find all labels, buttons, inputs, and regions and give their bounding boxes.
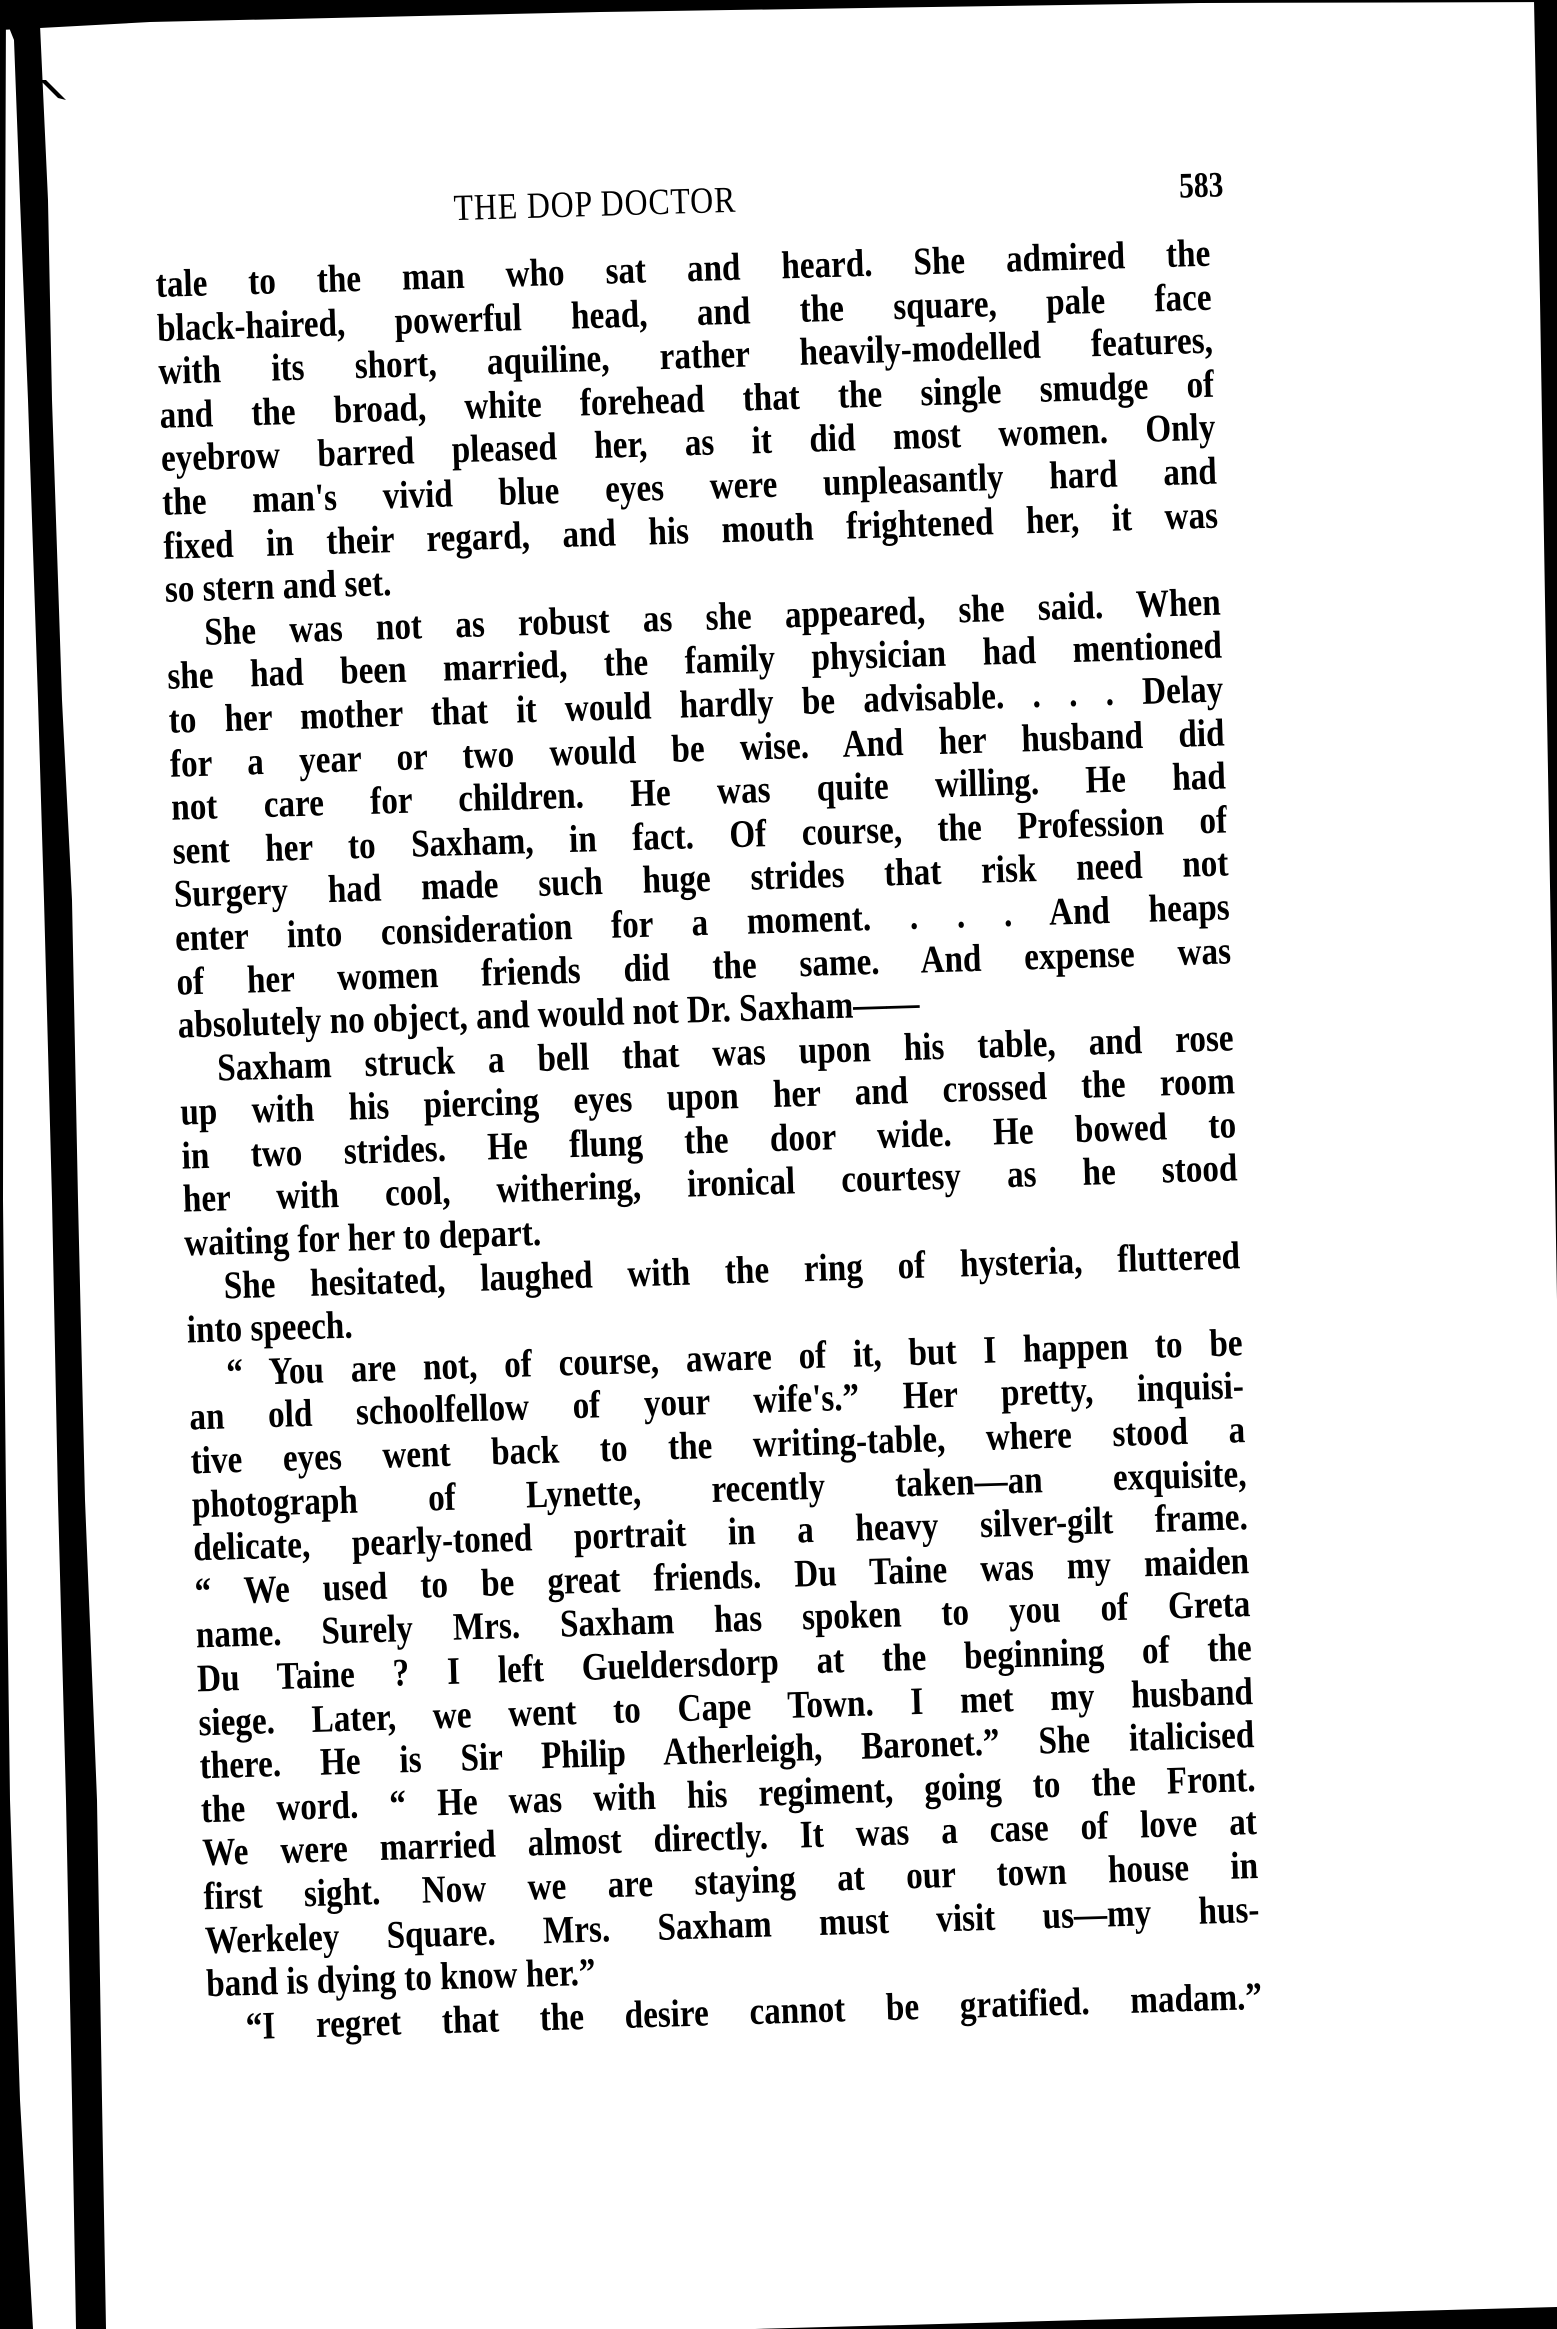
top-edge-shadow — [0, 0, 1557, 30]
book-page: THE DOP DOCTOR 583 tale to the man who s… — [155, 227, 1210, 258]
left-binding-band — [8, 25, 106, 2329]
running-head: THE DOP DOCTOR 583 — [153, 164, 1224, 240]
binding-speckle — [40, 80, 66, 100]
body-text: tale to the man who sat and heard. She a… — [155, 232, 1263, 2050]
running-head-title: THE DOP DOCTOR — [453, 179, 737, 231]
left-outer-binding — [0, 0, 33, 2329]
page-number: 583 — [1178, 162, 1224, 207]
right-edge-shadow — [1534, 0, 1557, 1300]
bottom-edge-shadow — [755, 2307, 1557, 2329]
